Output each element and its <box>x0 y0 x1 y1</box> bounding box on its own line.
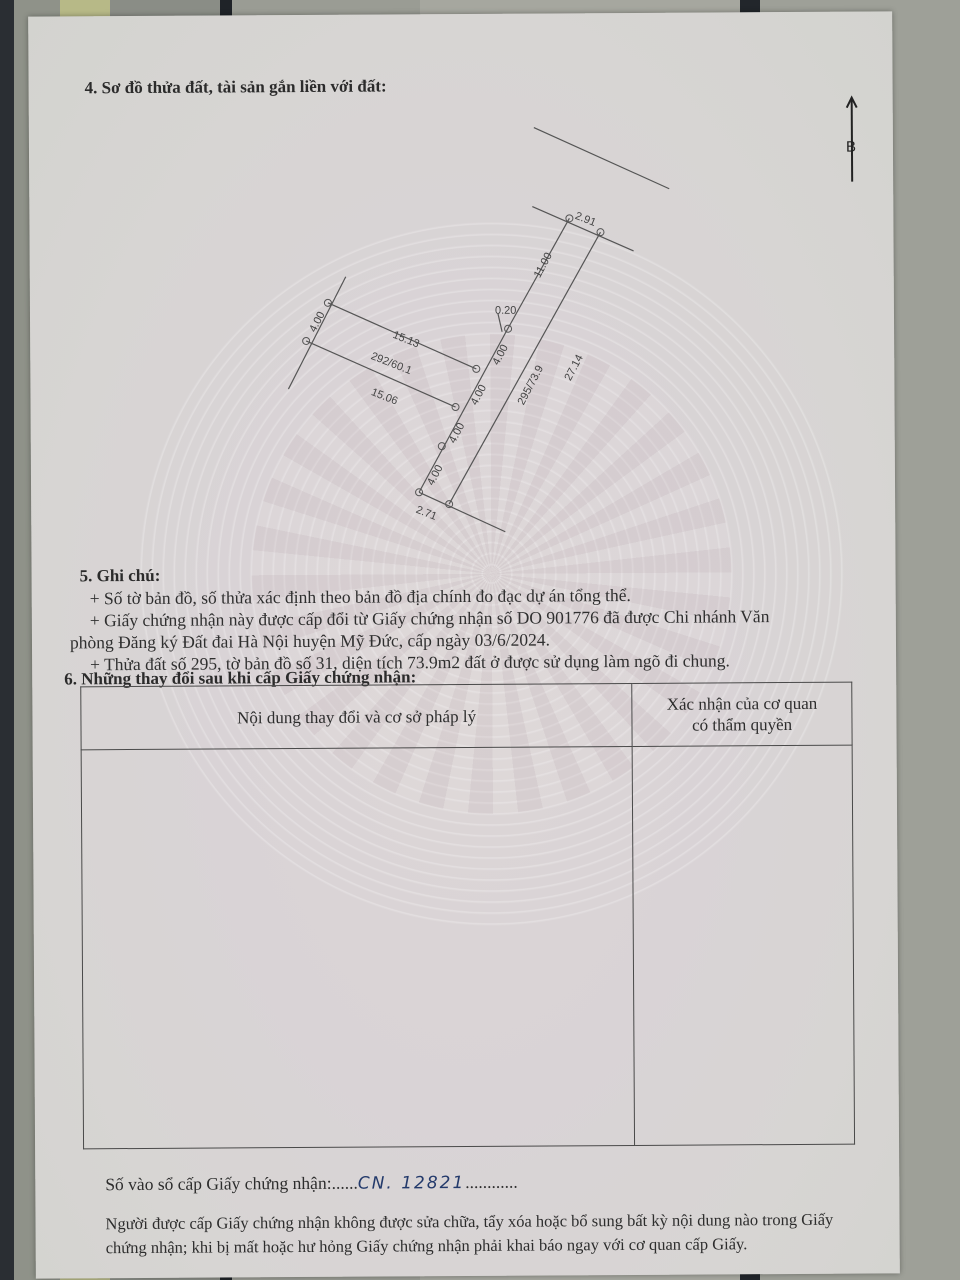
certificate-page: 4. Sơ đồ thửa đất, tài sản gắn liền với … <box>28 11 900 1278</box>
label-seg-4: 4.00 <box>425 463 446 488</box>
label-right-upper: 11.00 <box>532 251 555 280</box>
note-line: + Giấy chứng nhận này được cấp đổi từ Gi… <box>90 606 770 631</box>
plot-diagram: 2.91 11.00 0.20 27.14 295/73.9 292/60.1 … <box>28 11 895 576</box>
label-seg-3: 4.00 <box>447 421 468 446</box>
label-left-edge: 4.00 <box>307 310 328 335</box>
label-offset: 0.20 <box>495 305 516 317</box>
registration-label: Số vào sổ cấp Giấy chứng nhận: <box>105 1173 331 1194</box>
header-confirmation: Xác nhận của cơ quan có thẩm quyền <box>632 682 852 746</box>
label-bottom-edge: 2.71 <box>414 504 438 523</box>
registration-dots: ............ <box>465 1172 518 1192</box>
header-content: Nội dung thay đổi và cơ sở pháp lý <box>81 683 633 749</box>
registration-dots: ...... <box>331 1173 357 1193</box>
header-confirmation-line1: Xác nhận của cơ quan <box>667 694 818 714</box>
registration-value: CN. 12821 <box>358 1173 466 1194</box>
label-parcel-295: 295/73.9 <box>516 364 547 408</box>
changes-table: Nội dung thay đổi và cơ sở pháp lý Xác n… <box>80 682 855 1150</box>
note-line: phòng Đăng ký Đất đai Hà Nội huyện Mỹ Đứ… <box>70 629 550 653</box>
label-right-long: 27.14 <box>562 353 585 383</box>
note-line: + Số tờ bản đồ, số thửa xác định theo bả… <box>90 585 631 609</box>
section-5-heading: 5. Ghi chú: <box>80 566 161 586</box>
header-confirmation-line2: có thẩm quyền <box>692 715 792 735</box>
warning-text: Người được cấp Giấy chứng nhận không đượ… <box>105 1208 865 1261</box>
label-292-bottom: 15.06 <box>369 386 399 407</box>
table-row <box>81 745 854 1149</box>
confirmation-cell <box>632 745 854 1145</box>
content-cell <box>81 746 635 1148</box>
label-292-top: 15.13 <box>391 329 421 350</box>
label-parcel-292: 292/60.1 <box>369 350 413 377</box>
registration-number: Số vào sổ cấp Giấy chứng nhận:......CN. … <box>105 1172 518 1196</box>
label-seg-1: 4.00 <box>490 343 511 368</box>
label-seg-2: 4.00 <box>469 383 490 408</box>
